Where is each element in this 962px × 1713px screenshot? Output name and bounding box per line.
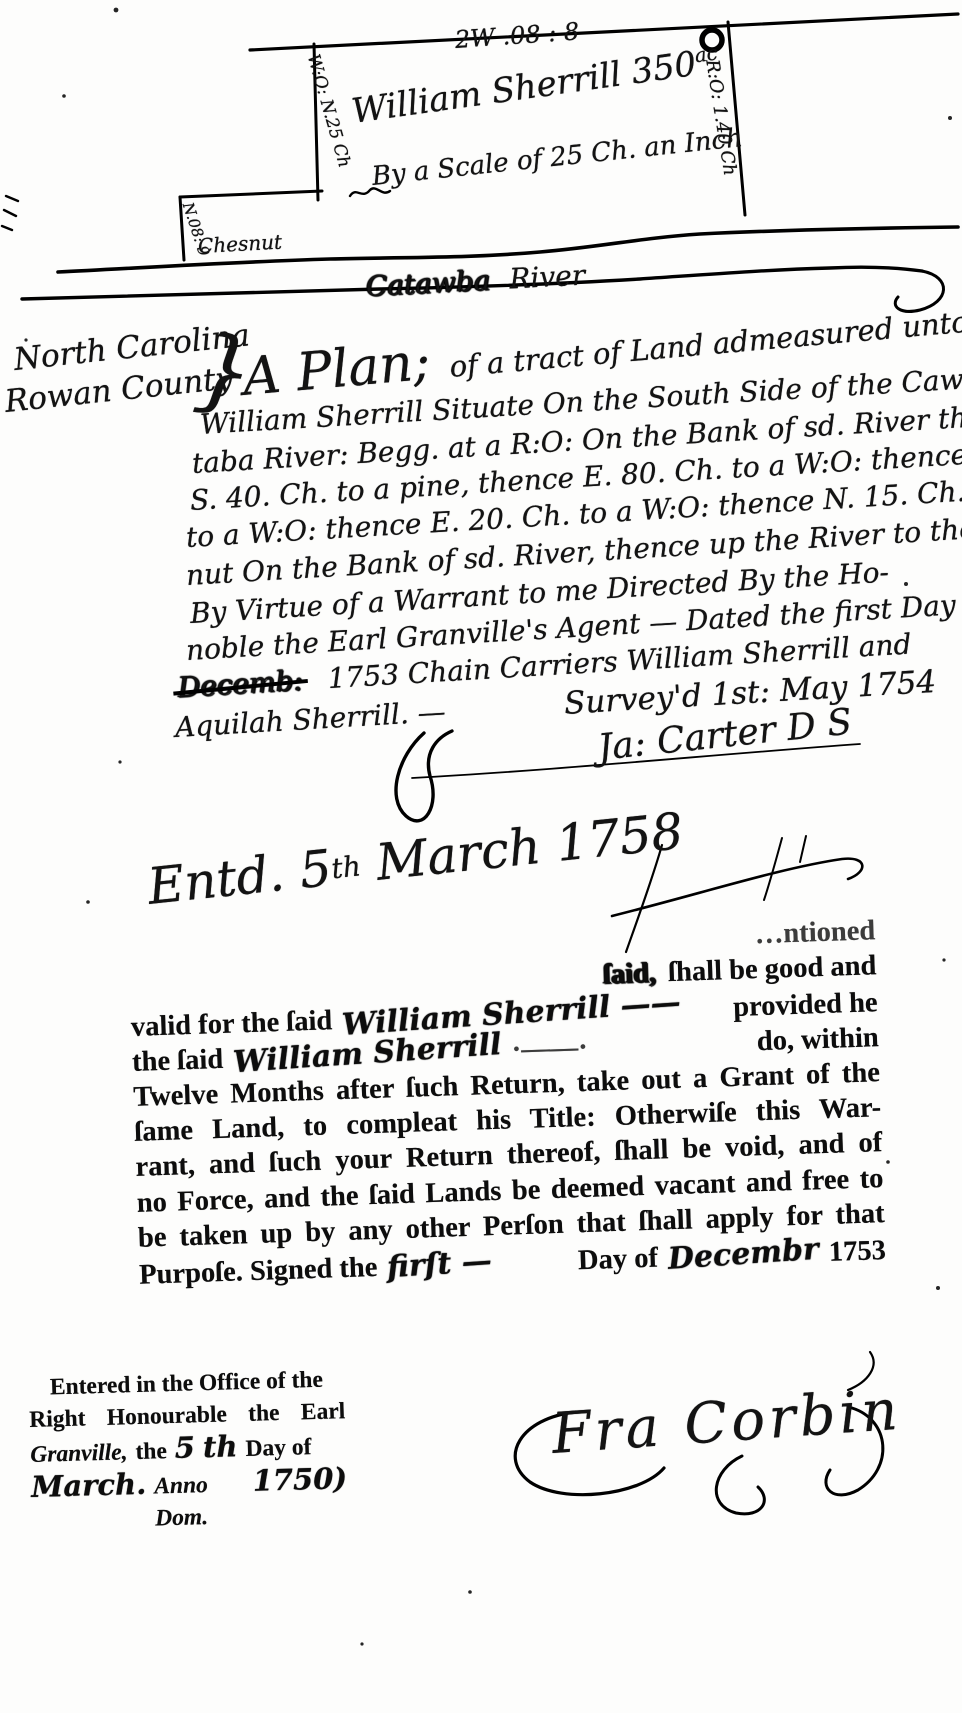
entered-day-script: 5 (174, 1431, 195, 1464)
entered-dayof: Day of (245, 1431, 312, 1465)
printed-signed-year: 1753 (828, 1233, 886, 1270)
line-gap (588, 1050, 757, 1056)
entered-annodom: Anno Dom. (154, 1468, 246, 1535)
left-margin-marks (2, 196, 18, 230)
stray-pen-stroke-2 (764, 838, 782, 900)
printed-valid-left: valid for the ſaid (130, 1003, 332, 1045)
entered-office-block: Entered in the Office of the Right Honou… (28, 1363, 349, 1538)
printed-fragment-2-rest: ſhall be good and (668, 949, 877, 991)
entered-year-script: 1750) (252, 1462, 347, 1497)
inserted-day: firſt — (386, 1243, 493, 1285)
name-trailing-dash: ·——· (511, 1030, 588, 1068)
river-label-word2: River (509, 259, 586, 296)
exhibit-sup: th (330, 849, 363, 885)
printed-thesaid-left: the ſaid (132, 1042, 224, 1080)
printed-warrant-block: …ntioned ſaid, ſhall be good and valid f… (128, 913, 886, 1291)
plat-top-edge (250, 14, 958, 50)
plat-annex-top-edge (180, 191, 322, 197)
agent-flourish-curl (716, 1456, 764, 1514)
entered-the: the (135, 1435, 167, 1468)
line-gap (691, 1016, 733, 1017)
line-gap (502, 1269, 578, 1272)
printed-valid-right: provided he (733, 985, 878, 1025)
entered-day-sup: th (203, 1430, 238, 1463)
printed-fragment-top-text: …ntioned (754, 913, 875, 952)
printed-thesaid-right: do, within (756, 1020, 879, 1059)
entered-line-4: March. Anno Dom. 1750) (31, 1462, 349, 1538)
stray-pen-stroke-3 (800, 836, 806, 862)
entered-granville: Granville, (30, 1436, 128, 1471)
entered-month-script: March. (31, 1468, 147, 1503)
printed-signed-mid: Day of (577, 1240, 658, 1278)
plat-tree-label: Chesnut (197, 230, 282, 258)
river-label-word1: Catawba (365, 263, 491, 302)
